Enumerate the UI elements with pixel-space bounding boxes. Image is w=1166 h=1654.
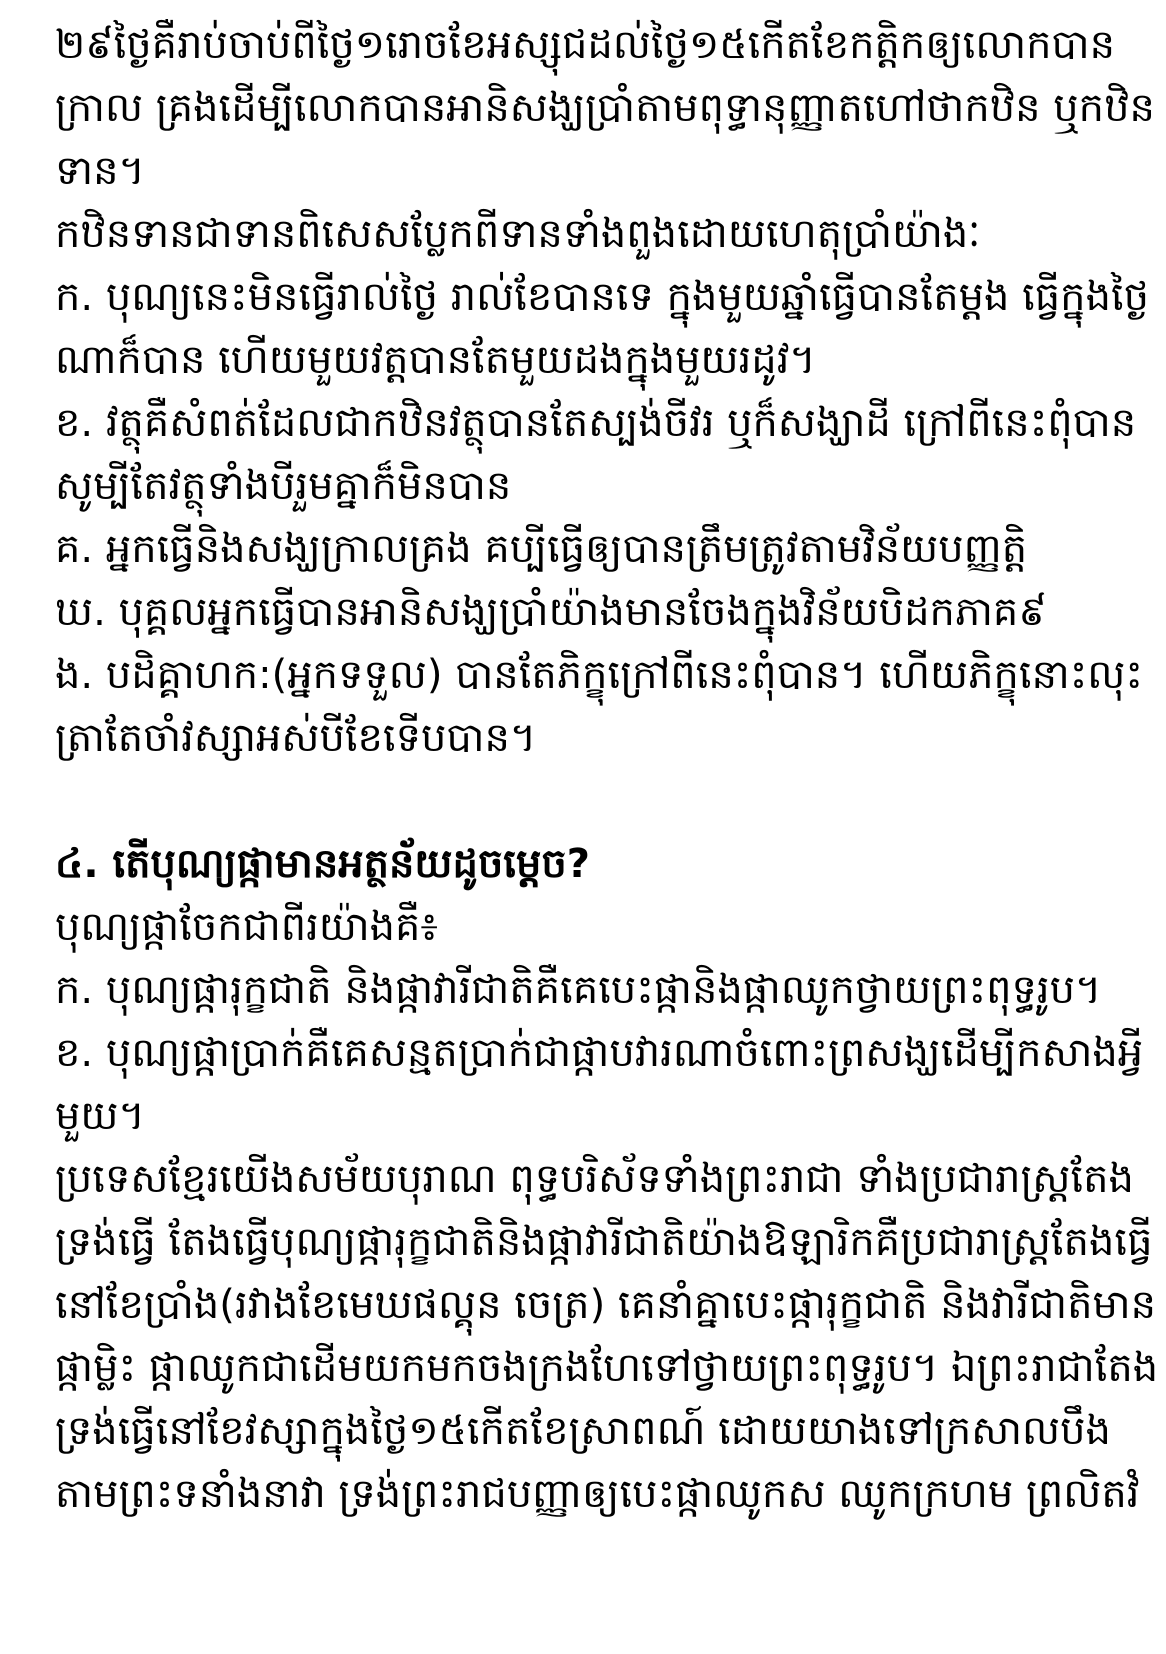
document-page: ២៩ថ្ងៃគឺរាប់ចាប់ពីថ្ងៃ១រោចខែអស្សុជដល់ថ្ង… bbox=[0, 0, 1166, 1654]
text-line: ក្រាល គ្រងដើម្បីលោកបានអានិសង្ឃប្រាំតាមពុ… bbox=[55, 77, 1118, 140]
text-line: មួយ។ bbox=[55, 1085, 1118, 1148]
text-line: ផ្កាម្លិះ ផ្កាឈូកជាដើមយកមកចងក្រងហែទៅថ្វា… bbox=[55, 1337, 1118, 1400]
text-line: គ. អ្នកធ្វើនិងសង្ឃក្រាលគ្រង គប្បីធ្វើឲ្យ… bbox=[55, 518, 1118, 581]
text-line: ទាន។ bbox=[55, 140, 1118, 203]
text-line: ណាក៏បាន ហើយមួយវត្តបានតែមួយដងក្នុងមួយរដូវ… bbox=[55, 329, 1118, 392]
text-line: ក. បុណ្យផ្ការុក្ខជាតិ និងផ្កាវារីជាតិគឺគ… bbox=[55, 959, 1118, 1022]
text-line: ២៩ថ្ងៃគឺរាប់ចាប់ពីថ្ងៃ១រោចខែអស្សុជដល់ថ្ង… bbox=[55, 14, 1118, 77]
text-line: ទ្រង់ធ្វើ តែងធ្វើបុណ្យផ្ការុក្ខជាតិនិងផ្… bbox=[55, 1211, 1118, 1274]
text-line: សូម្បីតែវត្ថុទាំងបីរួមគ្នាក៏មិនបាន bbox=[55, 455, 1118, 518]
text-line: ត្រាតែចាំវស្សាអស់បីខែទើបបាន។ bbox=[55, 707, 1118, 770]
text-line: ង. បដិគ្គាហក:(អ្នកទទួល) បានតែភិក្ខុក្រៅព… bbox=[55, 644, 1118, 707]
text-line: ក. បុណ្យនេះមិនធ្វើរាល់ថ្ងៃ រាល់ខែបានទេ ក… bbox=[55, 266, 1118, 329]
text-line: ប្រទេសខ្មែរយើងសម័យបុរាណ ពុទ្ធបរិស័ទទាំងព… bbox=[55, 1148, 1118, 1211]
text-line: ខ. បុណ្យផ្កាប្រាក់គឺគេសន្មតប្រាក់ជាផ្កាប… bbox=[55, 1022, 1118, 1085]
text-line: បុណ្យផ្កាចែកជាពីរយ៉ាងគឺ៖ bbox=[55, 896, 1118, 959]
section-heading: ៤. តើបុណ្យផ្កាមានអត្ថន័យដូចម្ដេច? bbox=[55, 833, 1118, 896]
text-line: ឃ. បុគ្គលអ្នកធ្វើបានអានិសង្ឃប្រាំយ៉ាងមាន… bbox=[55, 581, 1118, 644]
text-line: ទ្រង់ធ្វើនៅខែវស្សាក្នុងថ្ងៃ១៥កើតខែស្រាពណ… bbox=[55, 1400, 1118, 1463]
text-line: ខ. វត្ថុគឺសំពត់ដែលជាកឋិនវត្ថុបានតែស្បង់ច… bbox=[55, 392, 1118, 455]
text-line: កឋិនទានជាទានពិសេសប្លែកពីទានទាំងពួងដោយហេត… bbox=[55, 203, 1118, 266]
text-line: តាមព្រះទនាំងនាវា ទ្រង់ព្រះរាជបញ្ញាឲ្យបេះ… bbox=[55, 1463, 1118, 1526]
text-line: នៅខែប្រាំង(រវាងខែមេឃផល្គុន ចេត្រ) គេនាំគ… bbox=[55, 1274, 1118, 1337]
